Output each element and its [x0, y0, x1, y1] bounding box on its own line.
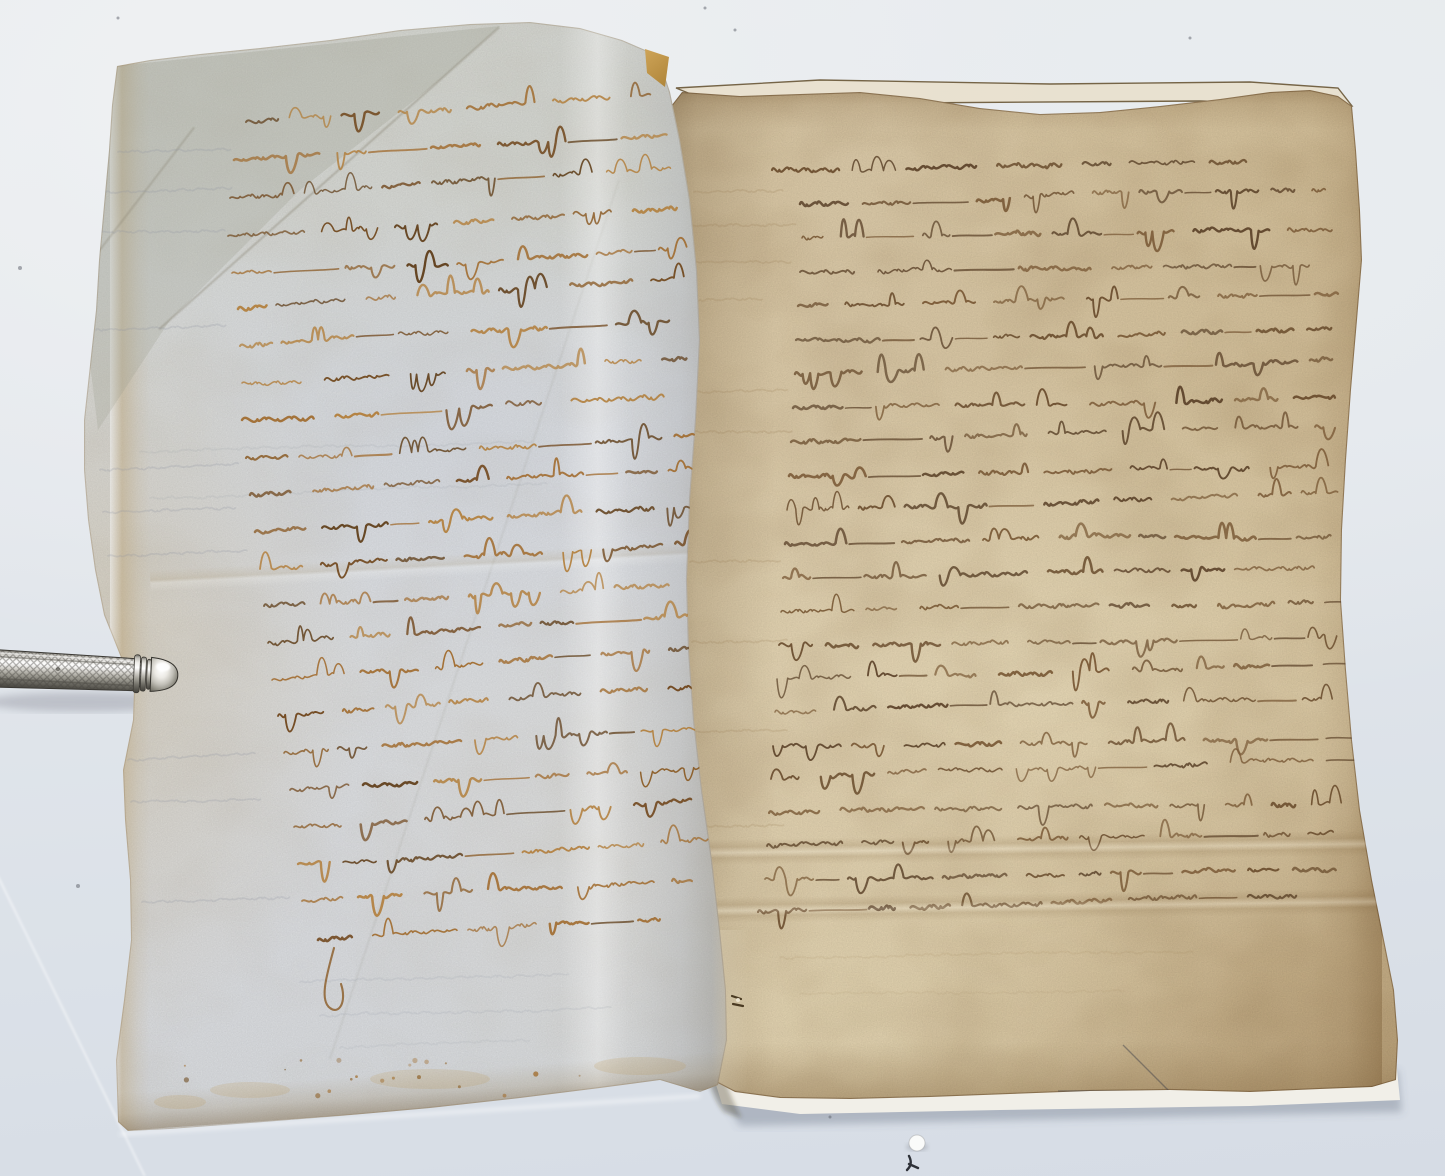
- seal-handle-body: [0, 648, 179, 696]
- collar-ring: [140, 657, 147, 691]
- collar-ring: [133, 655, 141, 693]
- photo-scene: [0, 0, 1445, 1176]
- silver-seal-handle: [0, 0, 1445, 1176]
- engraved-lattice: [0, 649, 144, 694]
